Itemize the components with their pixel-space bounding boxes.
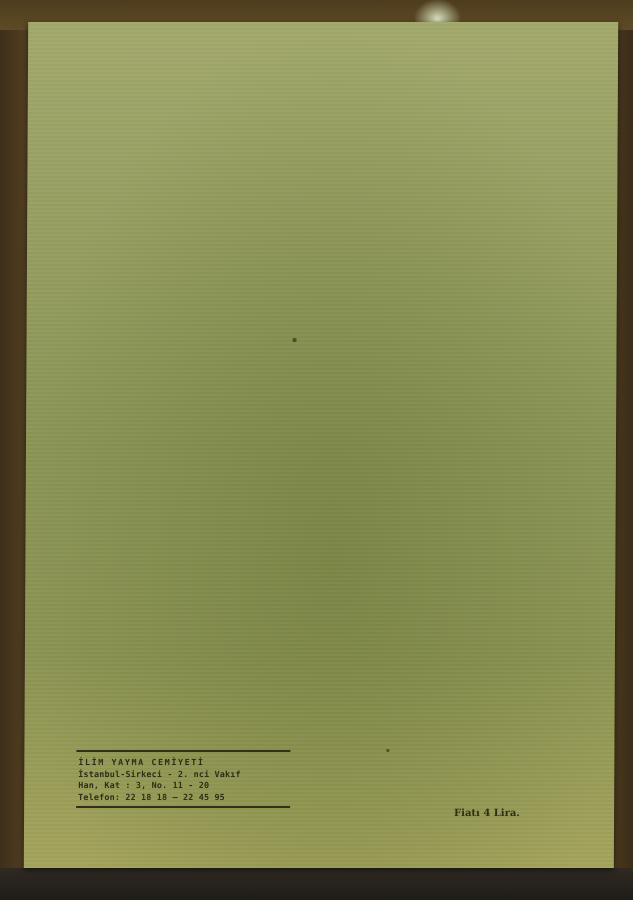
wooden-surface-bottom <box>0 868 633 900</box>
publisher-imprint: İLİM YAYMA CEMİYETİ İstanbul-Sirkeci - 2… <box>76 750 290 808</box>
paper-speck <box>293 338 297 342</box>
book-back-cover: İLİM YAYMA CEMİYETİ İstanbul-Sirkeci - 2… <box>24 22 618 868</box>
paper-speck <box>386 749 389 752</box>
publisher-name: İLİM YAYMA CEMİYETİ <box>78 757 288 769</box>
publisher-address-line1: İstanbul-Sirkeci - 2. nci Vakıf <box>78 769 288 781</box>
publisher-address-line2: Han, Kat : 3, No. 11 - 20 <box>78 780 288 792</box>
price-label: Fiatı 4 Lira. <box>454 808 520 819</box>
publisher-phone: Telefon: 22 18 18 — 22 45 95 <box>78 792 288 804</box>
